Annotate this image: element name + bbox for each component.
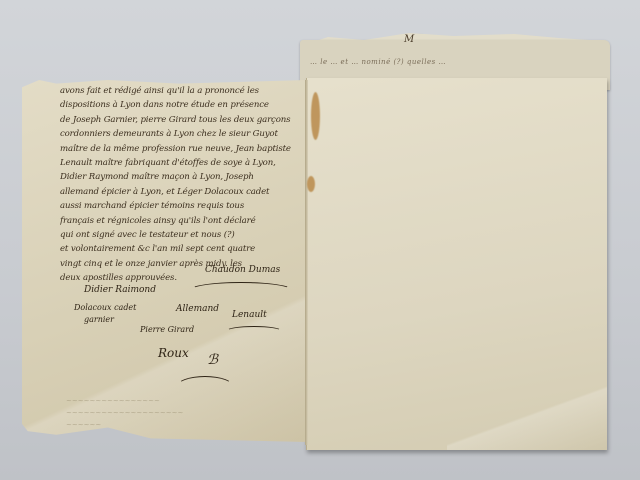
text-line: aussi marchand épicier témoins requis to… <box>60 199 305 213</box>
text-line: Lenault maître fabriquant d'étoffes de s… <box>60 156 305 170</box>
text-line: maître de la même profession rue neuve, … <box>60 142 305 156</box>
page-fold-corner <box>447 380 607 450</box>
signature-lenault: Lenault <box>232 310 267 320</box>
bleed-through-text: ~~~~~~~~~~~~~~~~~~~~~~~~~~~~~~~~~~~~~~~~… <box>66 395 183 431</box>
sheet-mark: M <box>404 34 414 45</box>
text-line: qui ont signé avec le testateur et nous … <box>60 228 305 242</box>
signature-dolacoux: Dolacoux cadet <box>74 303 136 312</box>
rust-stain <box>307 176 315 192</box>
text-line: dispositions à Lyon dans notre étude en … <box>60 98 305 112</box>
signature-allemand: Allemand <box>176 304 219 314</box>
signature-didier-raimond: Didier Raimond <box>84 285 156 295</box>
text-line: et volontairement &c l'an mil sept cent … <box>60 242 305 256</box>
sheet-top-line: … le … et … nominé (?) quelles … <box>310 58 446 66</box>
text-line: de Joseph Garnier, pierre Girard tous le… <box>60 113 305 127</box>
text-line: cordonniers demeurants à Lyon chez le si… <box>60 127 305 141</box>
manuscript-text: avons fait et rédigé ainsi qu'il la a pr… <box>60 84 305 286</box>
rust-stain <box>311 92 320 140</box>
text-line: Didier Raymond maître maçon à Lyon, Jose… <box>60 170 305 184</box>
text-line: avons fait et rédigé ainsi qu'il la a pr… <box>60 84 305 98</box>
right-page <box>306 78 607 450</box>
text-line: français et régnicoles ainsy qu'ils l'on… <box>60 214 305 228</box>
binding-gutter <box>305 80 308 445</box>
notary-paraph <box>176 376 234 398</box>
signature-flourish <box>190 282 292 298</box>
signature-chaudon-dumas: Chaudon Dumas <box>205 265 280 275</box>
signature-pierre-girard: Pierre Girard <box>140 325 194 334</box>
signature-flourish <box>226 326 282 336</box>
notary-mark: ℬ <box>207 352 218 368</box>
text-line: allemand épicier à Lyon, et Léger Dolaco… <box>60 185 305 199</box>
signature-garnier: garnier <box>84 315 114 324</box>
signature-roux: Roux <box>158 346 189 360</box>
